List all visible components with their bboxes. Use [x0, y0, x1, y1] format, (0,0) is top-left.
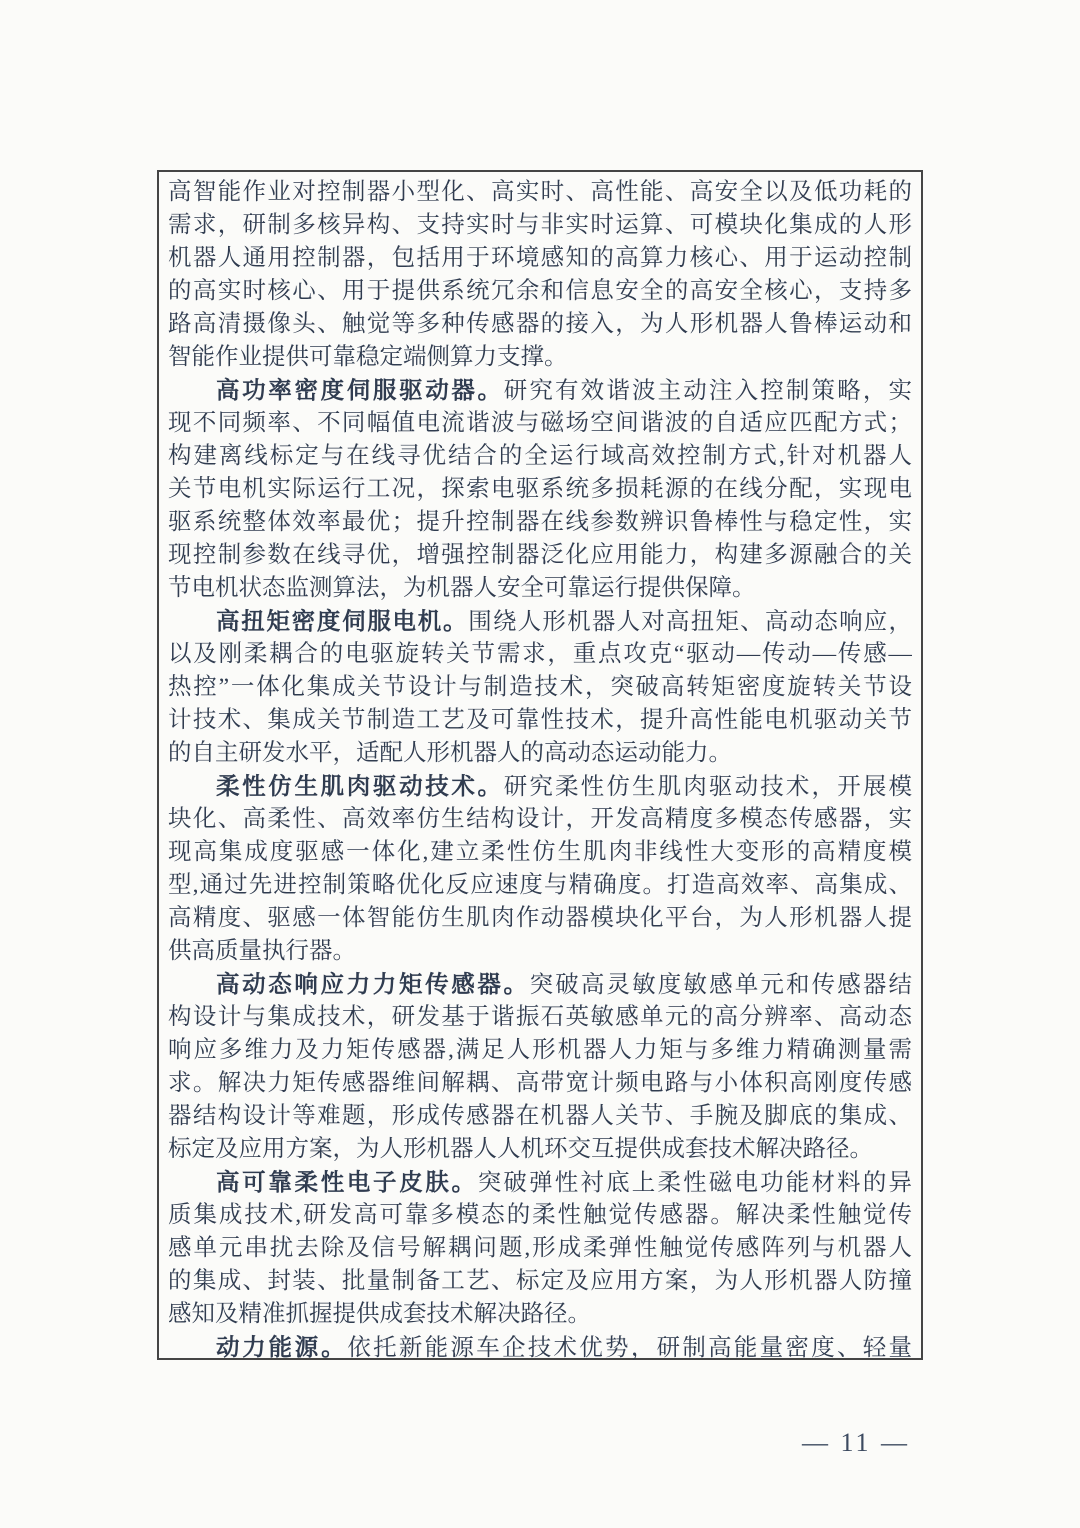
text-line: 响应多维力及力矩传感器,满足人形机器人力矩与多维力精确测量需	[168, 1034, 912, 1067]
text-line: 求。解决力矩传感器维间解耦、高带宽计频电路与小体积高刚度传感	[168, 1067, 912, 1100]
text-line: 高动态响应力力矩传感器。突破高灵敏度敏感单元和传感器结	[168, 968, 912, 1001]
paragraph-text: 依托新能源车企技术优势，研制高能量密度、轻量	[347, 1335, 912, 1361]
text-line: 型,通过先进控制策略优化反应速度与精确度。打造高效率、高集成、	[168, 869, 912, 902]
text-line: 机器人通用控制器，包括用于环境感知的高算力核心、用于运动控制	[168, 242, 912, 275]
paragraph-text: 研究有效谐波主动注入控制策略，实	[504, 378, 912, 404]
paragraph-heading: 高可靠柔性电子皮肤。	[216, 1169, 478, 1195]
text-line: 现不同频率、不同幅值电流谐波与磁场空间谐波的自适应匹配方式；	[168, 407, 912, 440]
paragraph-text: 突破高灵敏度敏感单元和传感器结	[530, 972, 912, 998]
text-line: 智能作业提供可靠稳定端侧算力支撑。	[168, 341, 912, 374]
text-line: 器结构设计等难题，形成传感器在机器人关节、手腕及脚底的集成、	[168, 1100, 912, 1133]
paragraph-heading: 高动态响应力力矩传感器。	[216, 971, 530, 997]
text-line: 以及刚柔耦合的电驱旋转关节需求，重点攻克“驱动—传动—传感—	[168, 638, 912, 671]
text-line: 路高清摄像头、触觉等多种传感器的接入，为人形机器人鲁棒运动和	[168, 308, 912, 341]
text-line: 的自主研发水平，适配人形机器人的高动态运动能力。	[168, 737, 912, 770]
text-line: 块化、高柔性、高效率仿生结构设计，开发高精度多模态传感器，实	[168, 803, 912, 836]
paragraph-heading: 高扭矩密度伺服电机。	[216, 608, 468, 634]
paragraph-heading: 柔性仿生肌肉驱动技术。	[216, 773, 504, 799]
text-line: 供高质量执行器。	[168, 935, 912, 968]
text-line: 的集成、封装、批量制备工艺、标定及应用方案，为人形机器人防撞	[168, 1265, 912, 1298]
text-line: 感知及精准抓握提供成套技术解决路径。	[168, 1298, 912, 1331]
text-line: 现高集成度驱感一体化,建立柔性仿生肌肉非线性大变形的高精度模	[168, 836, 912, 869]
paragraph-text: 围绕人形机器人对高扭矩、高动态响应，	[468, 609, 912, 635]
text-line: 构建离线标定与在线寻优结合的全运行域高效控制方式,针对机器人	[168, 440, 912, 473]
text-line: 高精度、驱感一体智能仿生肌肉作动器模块化平台，为人形机器人提	[168, 902, 912, 935]
text-line: 需求，研制多核异构、支持实时与非实时运算、可模块化集成的人形	[168, 209, 912, 242]
text-line: 标定及应用方案，为人形机器人人机环交互提供成套技术解决路径。	[168, 1133, 912, 1166]
text-line: 现控制参数在线寻优，增强控制器泛化应用能力，构建多源融合的关	[168, 539, 912, 572]
content-border-box: 高智能作业对控制器小型化、高实时、高性能、高安全以及低功耗的需求，研制多核异构、…	[157, 170, 923, 1360]
text-line: 关节电机实际运行工况，探索电驱系统多损耗源的在线分配，实现电	[168, 473, 912, 506]
text-line: 节电机状态监测算法，为机器人安全可靠运行提供保障。	[168, 572, 912, 605]
text-line: 热控”一体化集成关节设计与制造技术，突破高转矩密度旋转关节设	[168, 671, 912, 704]
text-line: 柔性仿生肌肉驱动技术。研究柔性仿生肌肉驱动技术，开展模	[168, 770, 912, 803]
paragraphs: 高智能作业对控制器小型化、高实时、高性能、高安全以及低功耗的需求，研制多核异构、…	[159, 172, 921, 1364]
paragraph-text: 突破弹性衬底上柔性磁电功能材料的异	[478, 1170, 912, 1196]
text-line: 动力能源。依托新能源车企技术优势，研制高能量密度、轻量	[168, 1331, 912, 1364]
text-line: 高扭矩密度伺服电机。围绕人形机器人对高扭矩、高动态响应，	[168, 605, 912, 638]
text-line: 驱系统整体效率最优；提升控制器在线参数辨识鲁棒性与稳定性，实	[168, 506, 912, 539]
text-line: 高智能作业对控制器小型化、高实时、高性能、高安全以及低功耗的	[168, 176, 912, 209]
text-line: 构设计与集成技术，研发基于谐振石英敏感单元的高分辨率、高动态	[168, 1001, 912, 1034]
text-line: 高功率密度伺服驱动器。研究有效谐波主动注入控制策略，实	[168, 374, 912, 407]
text-line: 质集成技术,研发高可靠多模态的柔性触觉传感器。解决柔性触觉传	[168, 1199, 912, 1232]
page-number: — 11 —	[802, 1428, 910, 1458]
paragraph-heading: 高功率密度伺服驱动器。	[216, 377, 504, 403]
text-line: 高可靠柔性电子皮肤。突破弹性衬底上柔性磁电功能材料的异	[168, 1166, 912, 1199]
text-line: 感单元串扰去除及信号解耦问题,形成柔弹性触觉传感阵列与机器人	[168, 1232, 912, 1265]
text-line: 的高实时核心、用于提供系统冗余和信息安全的高安全核心，支持多	[168, 275, 912, 308]
paragraph-text: 研究柔性仿生肌肉驱动技术，开展模	[504, 774, 912, 800]
paragraph-heading: 动力能源。	[216, 1334, 347, 1360]
text-line: 计技术、集成关节制造工艺及可靠性技术，提升高性能电机驱动关节	[168, 704, 912, 737]
